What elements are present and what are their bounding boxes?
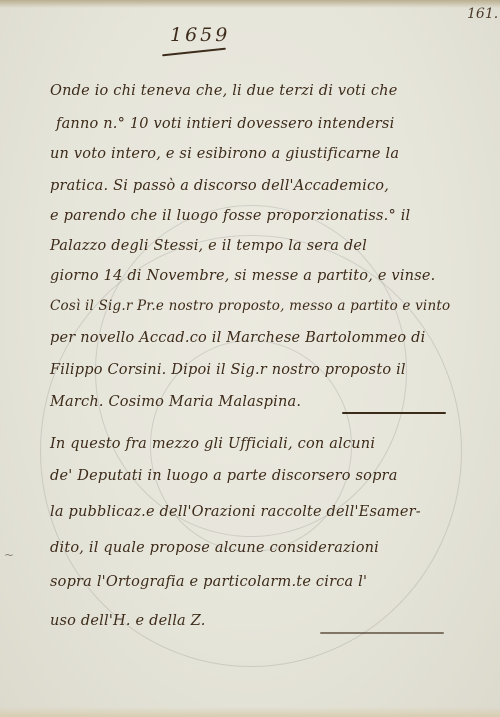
text-line: Palazzo degli Stessi, e il tempo la sera… xyxy=(50,238,470,254)
text-line: de' Deputati in luogo a parte discorsero… xyxy=(50,468,470,484)
text-line: In questo fra mezzo gli Ufficiali, con a… xyxy=(50,436,470,452)
year-heading: 1659 xyxy=(170,24,230,46)
text-line: fanno n.° 10 voti intieri dovessero inte… xyxy=(56,116,476,132)
text-line: un voto intero, e si esibirono a giustif… xyxy=(50,146,470,162)
margin-note: ~ xyxy=(4,548,14,562)
folio-number: 161. xyxy=(467,6,498,22)
text-line: la pubblicaz.e dell'Orazioni raccolte de… xyxy=(50,504,470,520)
closing-rule xyxy=(342,412,446,414)
text-line: dito, il quale propose alcune consideraz… xyxy=(50,540,470,556)
text-line: e parendo che il luogo fosse proporziona… xyxy=(50,208,470,224)
closing-rule xyxy=(320,632,444,634)
text-line: March. Cosimo Maria Malaspina. xyxy=(50,394,470,410)
text-line: pratica. Si passò a discorso dell'Accade… xyxy=(50,178,470,194)
text-line: sopra l'Ortografia e particolarm.te circ… xyxy=(50,574,470,590)
text-line: giorno 14 di Novembre, si messe a partit… xyxy=(50,268,470,284)
text-line: uso dell'H. e della Z. xyxy=(50,613,470,629)
text-line: per novello Accad.co il Marchese Bartolo… xyxy=(50,330,470,346)
year-underline xyxy=(162,48,226,57)
text-line: Così il Sig.r Pr.e nostro proposto, mess… xyxy=(50,298,470,314)
text-line: Filippo Corsini. Dipoi il Sig.r nostro p… xyxy=(50,362,470,378)
text-line: Onde io chi teneva che, li due terzi di … xyxy=(50,83,470,99)
manuscript-page: 161. 1659 Onde io chi teneva che, li due… xyxy=(0,0,500,717)
